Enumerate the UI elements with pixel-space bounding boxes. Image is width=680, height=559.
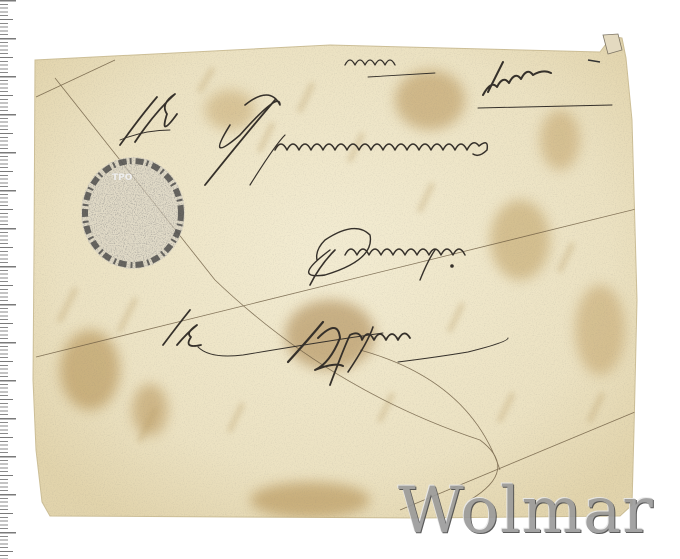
svg-text:ТРО: ТРО — [112, 173, 133, 183]
watermark-text: Wolmar — [398, 474, 654, 548]
